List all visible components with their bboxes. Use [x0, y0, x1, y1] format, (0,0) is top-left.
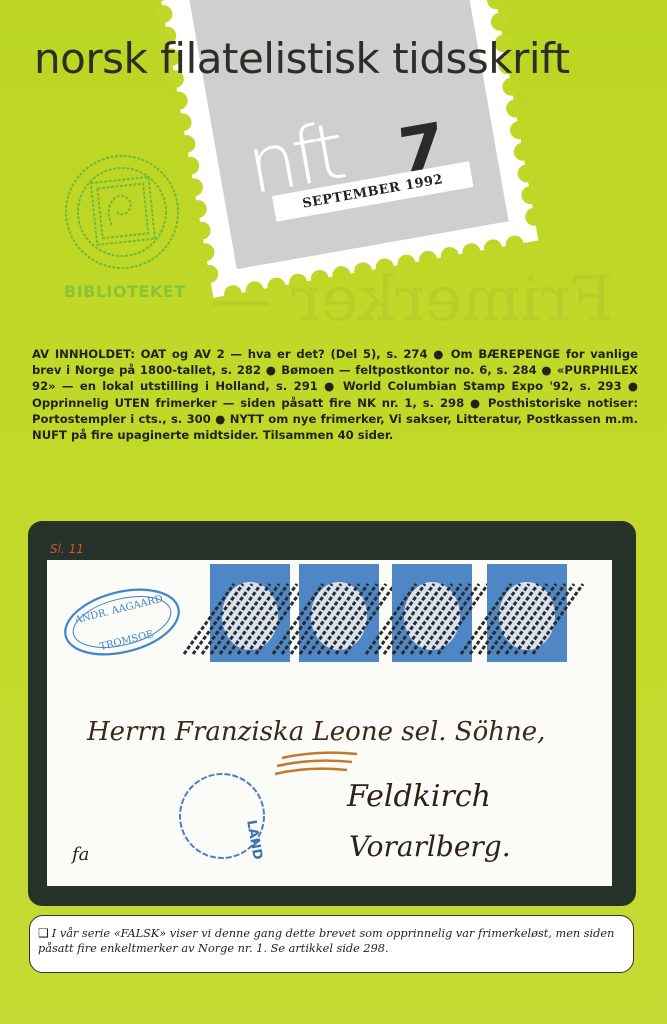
blue-postmark-icon: LAND	[180, 774, 265, 861]
svg-text:fa: fa	[70, 844, 89, 865]
caption-box: ❑I vår serie «FALSK» viser vi denne gang…	[29, 915, 634, 973]
show-through-text: Frimerker —	[210, 262, 613, 335]
contents-summary: AV INNHOLDET: OAT og AV 2 — hva er det? …	[32, 346, 638, 443]
checkbox-square-icon: ❑	[38, 926, 49, 940]
svg-text:TROMSOE: TROMSOE	[99, 629, 155, 653]
cover-letter-image: ANDR. AAGAARD TROMSOE Herrn Franziska Le…	[47, 560, 612, 886]
library-stamp-label: BIBLIOTEKET	[64, 282, 186, 301]
svg-text:LAND: LAND	[243, 819, 265, 861]
magazine-title: norsk filatelistisk tidsskrift	[34, 34, 570, 83]
library-seal-icon	[62, 150, 182, 300]
photo-corner-mark: Sl. 11	[50, 542, 84, 556]
svg-text:ANDR. AAGAARD: ANDR. AAGAARD	[73, 594, 164, 627]
cover-caption: ❑I vår serie «FALSK» viser vi denne gang…	[38, 926, 619, 956]
caption-text: I vår serie «FALSK» viser vi denne gang …	[38, 927, 614, 955]
svg-text:Vorarlberg.: Vorarlberg.	[349, 830, 511, 863]
sender-cachet-icon: ANDR. AAGAARD TROMSOE	[58, 579, 185, 665]
cover-envelope-illustration: ANDR. AAGAARD TROMSOE Herrn Franziska Le…	[47, 560, 612, 886]
svg-text:Herrn Franziska Leone sel. Söh: Herrn Franziska Leone sel. Söhne,	[86, 717, 545, 747]
svg-text:Feldkirch: Feldkirch	[346, 779, 491, 814]
